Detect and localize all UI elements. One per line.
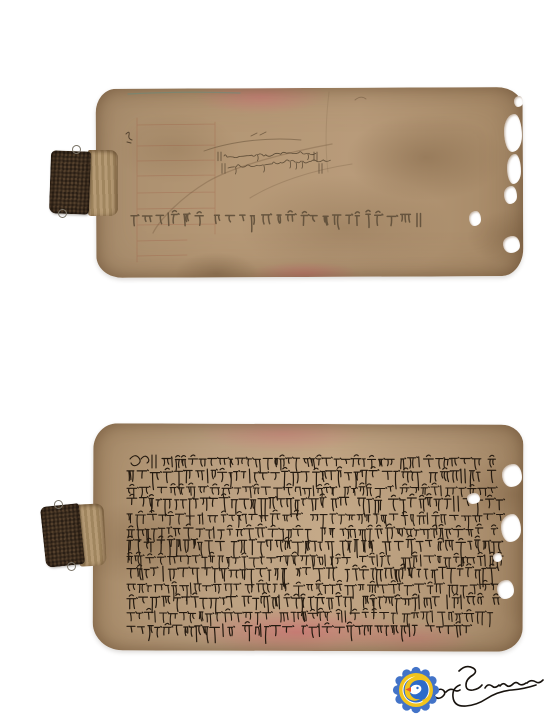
tear-hole (467, 493, 480, 504)
wire-loop-icon (67, 562, 76, 571)
verso-folio (93, 423, 524, 651)
recto-paper-flap (88, 150, 118, 216)
manuscript-scan-page (0, 0, 550, 724)
tear-hole (502, 464, 522, 487)
recto-folio (96, 87, 524, 278)
tear-hole (507, 154, 521, 184)
tear-hole (501, 514, 521, 542)
wire-loop-icon (58, 209, 67, 218)
recto-binding-tab (49, 150, 91, 214)
collection-logo-signature (434, 667, 543, 707)
tear-hole (469, 211, 481, 226)
verso-binding-tab (40, 503, 85, 568)
emblem-bird-eye (416, 687, 418, 689)
tear-hole (497, 580, 514, 599)
tear-hole (514, 96, 523, 107)
tear-hole (504, 186, 517, 204)
tear-hole (504, 114, 522, 152)
collection-logo-emblem (392, 666, 440, 714)
tear-hole (503, 236, 520, 253)
tear-hole (493, 553, 502, 562)
